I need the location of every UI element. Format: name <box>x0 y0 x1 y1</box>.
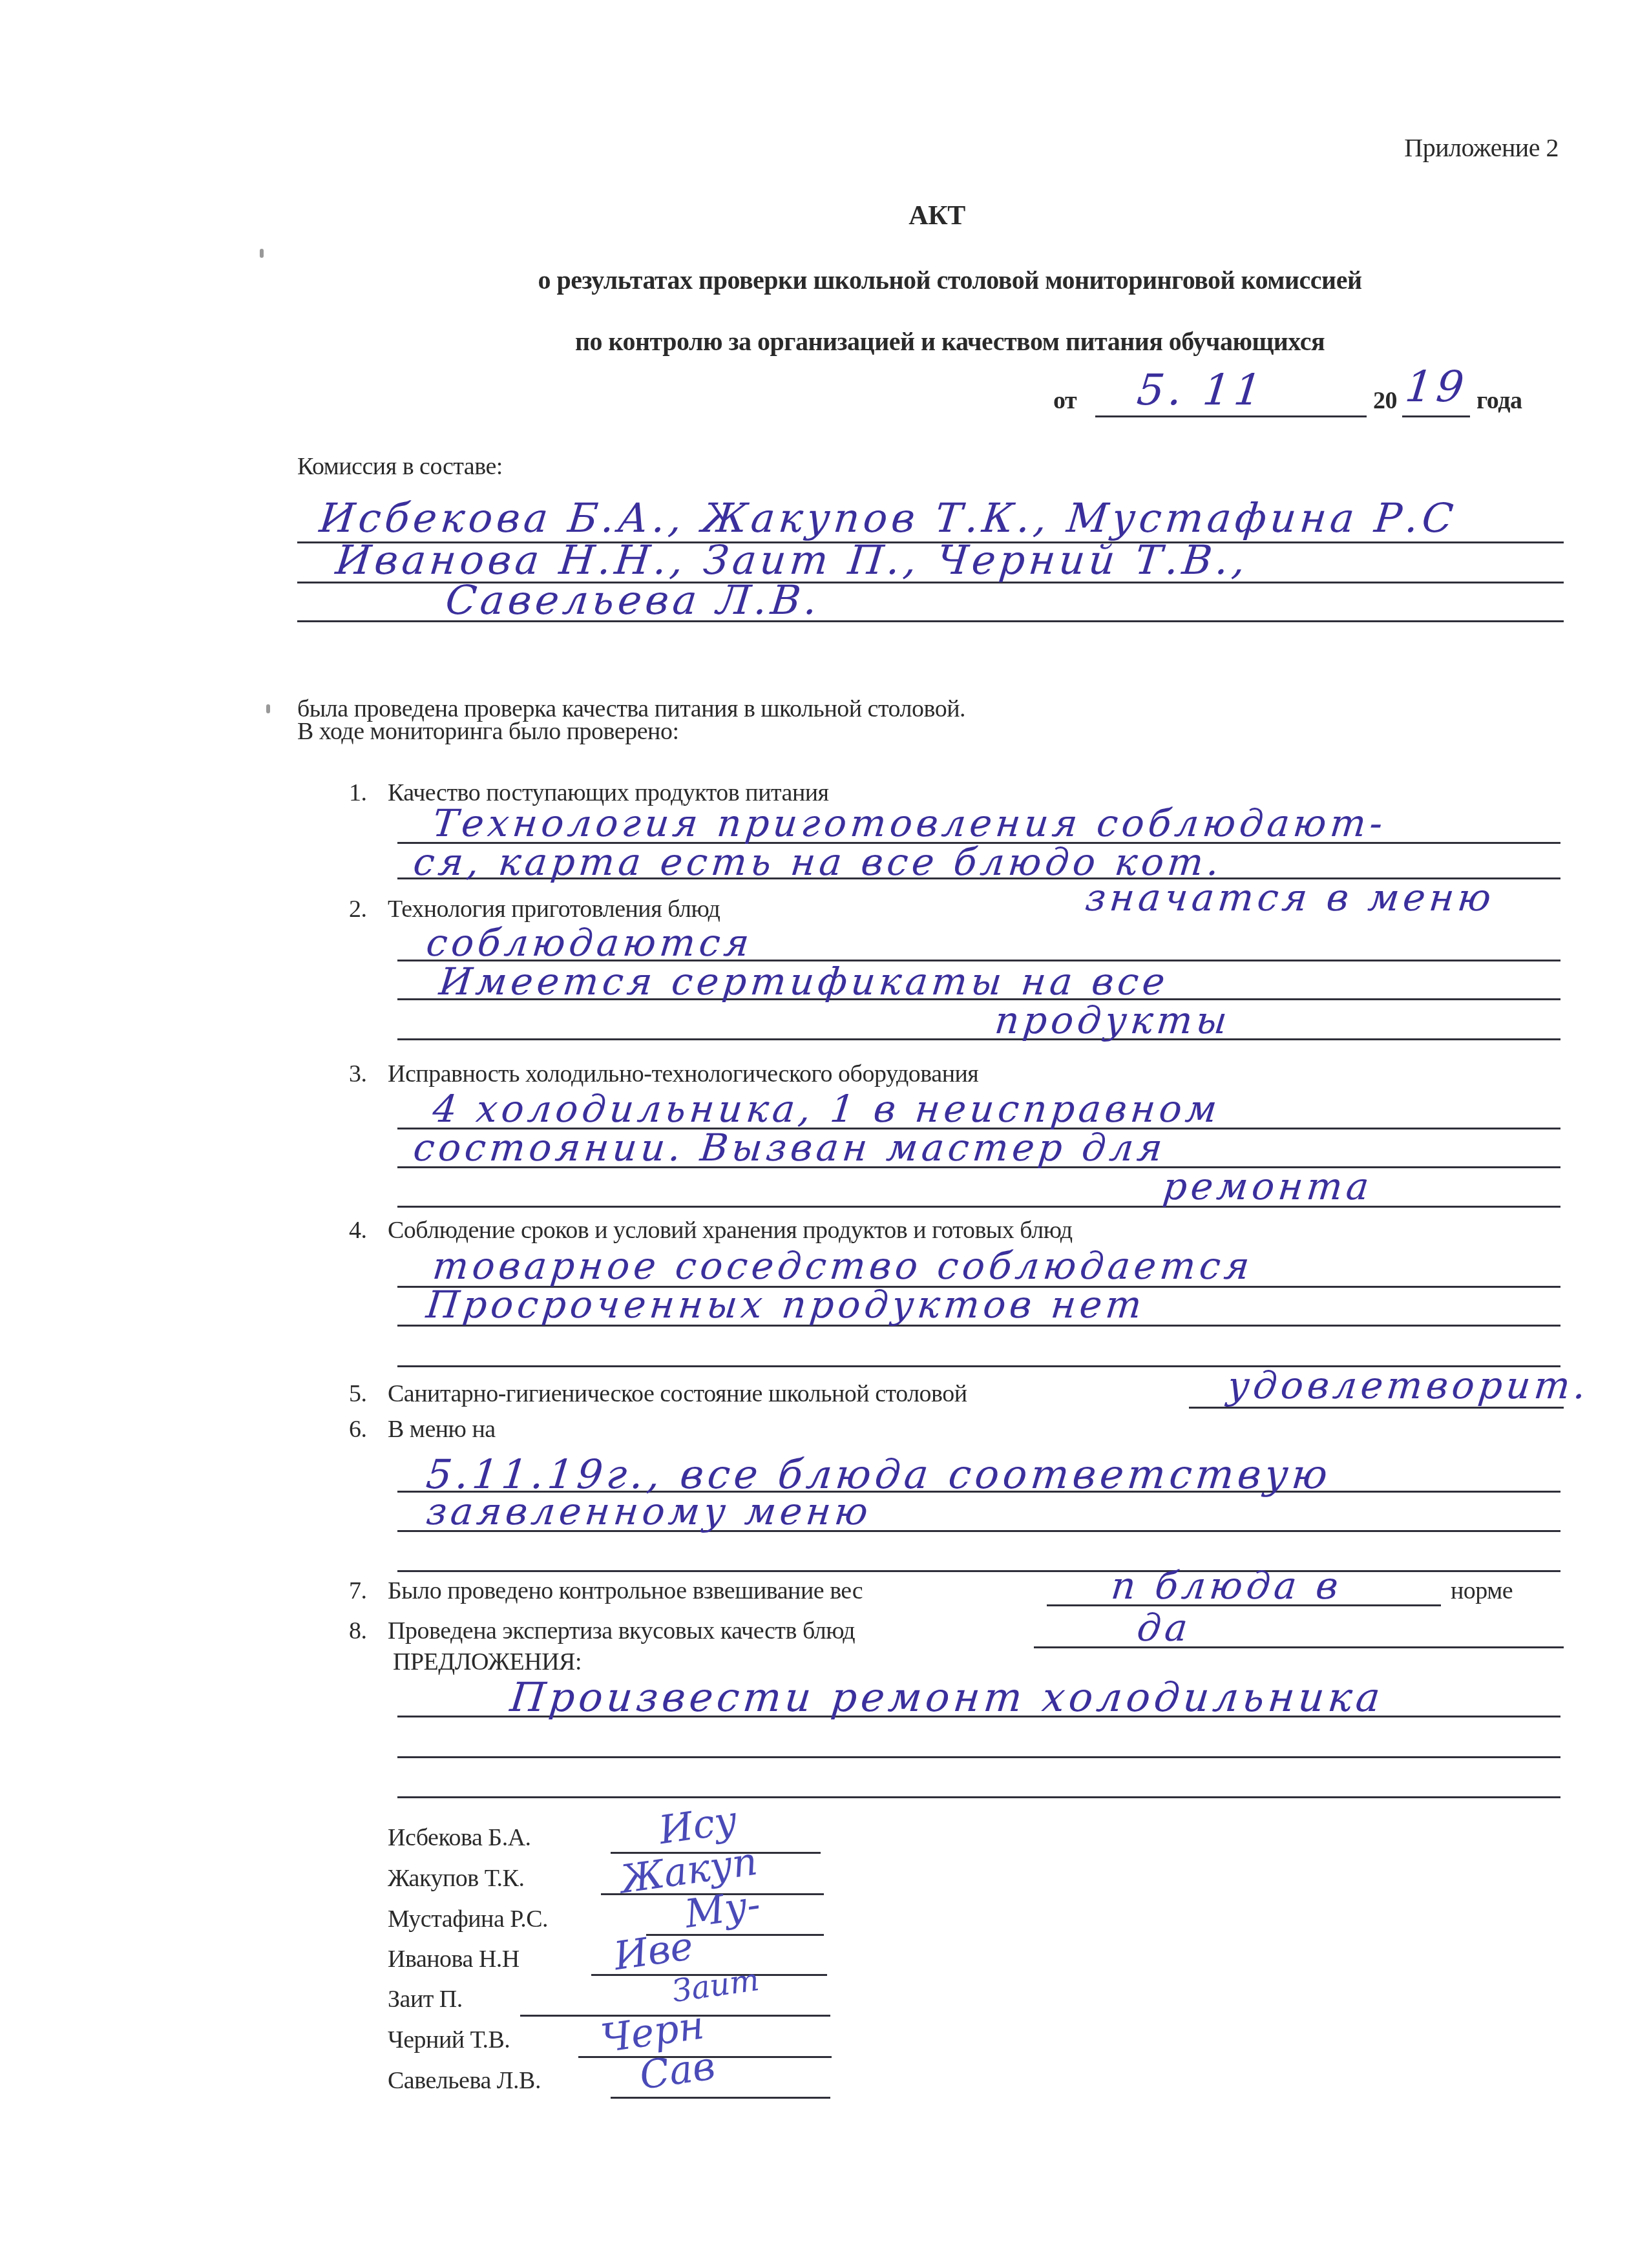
item-3-answer-1: 4 холодильника, 1 в неисправном <box>430 1087 1223 1131</box>
item-1-answer-1: Технология приготовления соблюдают- <box>430 801 1389 845</box>
signature-mark-4: Иве <box>611 1924 696 1979</box>
date-underline <box>1095 415 1367 417</box>
scan-speck <box>260 249 264 258</box>
item-3-answer-3: ремонта <box>1161 1164 1374 1208</box>
commission-label: Комиссия в составе: <box>297 452 503 481</box>
date-prefix: от <box>1053 386 1077 415</box>
monitoring-statement: В ходе мониторинга было проверено: <box>297 717 678 746</box>
item-4-answer-2: Просроченных продуктов нет <box>424 1283 1148 1327</box>
item-6-label: 6.В меню на <box>349 1415 496 1444</box>
subtitle-line-2: по контролю за организацией и качеством … <box>0 326 1649 357</box>
proposals-line-3 <box>397 1796 1560 1798</box>
proposals-line-2 <box>397 1756 1560 1758</box>
item-3-line-3 <box>397 1206 1560 1208</box>
proposals-label: ПРЕДЛОЖЕНИЯ: <box>393 1648 582 1676</box>
item-8-label: 8.Проведена экспертиза вкусовых качеств … <box>349 1617 855 1645</box>
scan-speck <box>266 704 270 713</box>
item-7-label: 7.Было проведено контрольное взвешивание… <box>349 1577 863 1605</box>
commission-members-line-3: Савельева Л.В. <box>443 576 823 624</box>
year-underline <box>1402 415 1470 417</box>
item-5-inline-answer: удовлетворит. <box>1225 1363 1591 1407</box>
item-2-answer-3: продукты <box>993 998 1233 1042</box>
year-value: 19 <box>1403 362 1470 412</box>
signature-mark-3: Му- <box>682 1882 763 1937</box>
item-6-line-3 <box>397 1570 1560 1572</box>
item-4-label: 4.Соблюдение сроков и условий хранения п… <box>349 1216 1073 1244</box>
date-value: 5. 11 <box>1135 365 1268 415</box>
year-suffix: года <box>1476 386 1522 415</box>
signature-label-6: Черний Т.В. <box>388 2026 510 2054</box>
item-6-answer-2: заявленному меню <box>424 1489 874 1533</box>
item-3-answer-2: состоянии. Вызван мастер для <box>411 1126 1168 1170</box>
signature-mark-7: Сав <box>637 2043 718 2099</box>
item-7-inline-answer: п блюда в <box>1109 1564 1344 1608</box>
signature-label-1: Исбекова Б.А. <box>388 1823 531 1852</box>
item-4-answer-1: товарное соседство соблюдается <box>430 1244 1255 1288</box>
item-8-line <box>1034 1646 1564 1648</box>
document-title: АКТ <box>0 200 1649 231</box>
year-prefix: 20 <box>1373 386 1397 415</box>
item-2-label: 2.Технология приготовления блюд <box>349 895 720 923</box>
item-2-line-3 <box>397 1038 1560 1040</box>
signature-label-2: Жакупов Т.К. <box>388 1864 524 1893</box>
signature-label-7: Савельева Л.В. <box>388 2066 541 2095</box>
item-2-inline-answer: значатся в меню <box>1083 876 1497 919</box>
item-7-suffix: норме <box>1451 1577 1513 1605</box>
signature-label-5: Заит П. <box>388 1985 463 2013</box>
commission-members-line-1: Исбекова Б.А., Жакупов Т.К., Мустафина Р… <box>317 494 1459 541</box>
item-8-inline-answer: да <box>1135 1606 1193 1650</box>
item-2-answer-1: соблюдаются <box>424 921 755 965</box>
subtitle-line-1: о результатах проверки школьной столовой… <box>0 265 1649 295</box>
item-2-answer-2: Имеется сертификаты на все <box>437 960 1171 1003</box>
appendix-label: Приложение 2 <box>1404 132 1559 163</box>
title-text: АКТ <box>909 201 965 231</box>
proposals-answer-1: Произвести ремонт холодильника <box>508 1674 1386 1721</box>
signature-label-3: Мустафина Р.С. <box>388 1905 548 1933</box>
signature-label-4: Иванова Н.Н <box>388 1945 520 1973</box>
item-5-label: 5.Санитарно-гигиеническое состояние школ… <box>349 1380 967 1408</box>
item-3-label: 3.Исправность холодильно-технологическог… <box>349 1060 978 1088</box>
